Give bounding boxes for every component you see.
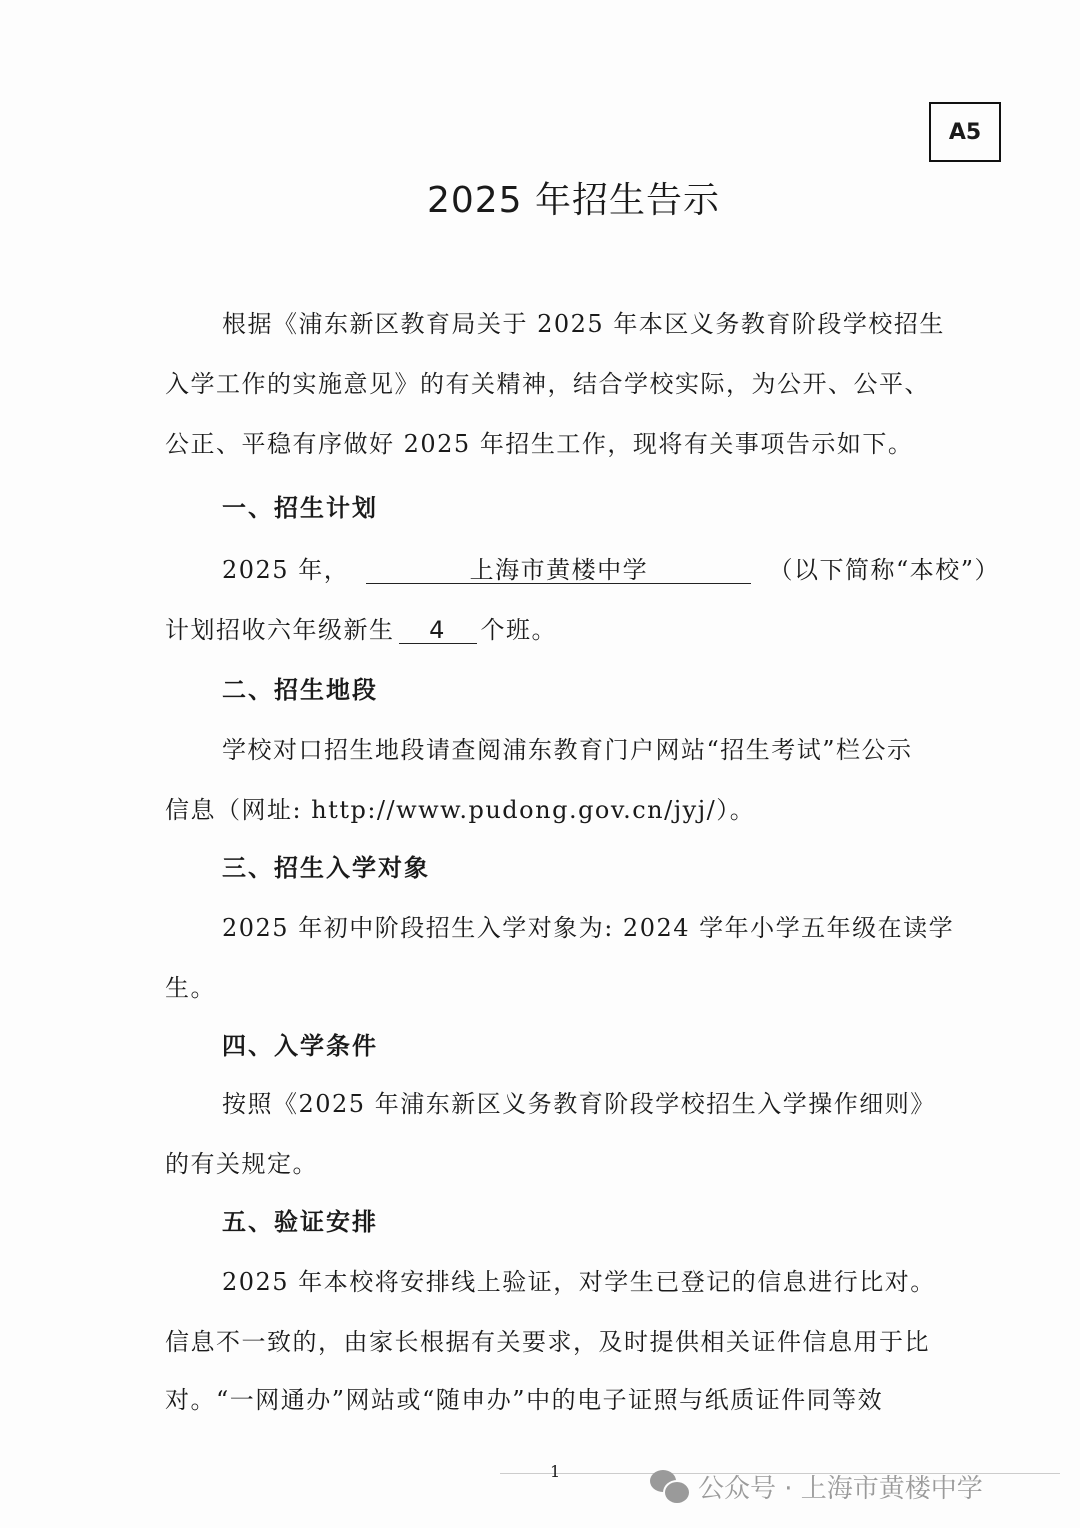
document-page: A5 2025 年招生告示 根据《浦东新区教育局关于 2025 年本区义务教育阶…: [0, 0, 1080, 1528]
zone-line: 学校对口招生地段请查阅浦东教育门户网站“招生考试”栏公示: [222, 730, 913, 765]
school-name-fill: 上海市黄楼中学: [366, 557, 751, 584]
section-heading-target: 三、招生入学对象: [222, 848, 430, 883]
page-number: 1: [550, 1462, 560, 1481]
class-count-fill: 4: [399, 617, 477, 644]
conditions-line: 的有关规定。: [165, 1144, 318, 1179]
watermark-text: 公众号 · 上海市黄楼中学: [698, 1468, 983, 1505]
verification-line: 信息不一致的，由家长根据有关要求，及时提供相关证件信息用于比: [165, 1322, 930, 1357]
target-line: 生。: [165, 968, 216, 1003]
section-heading-conditions: 四、入学条件: [222, 1026, 378, 1061]
document-code-badge: A5: [929, 102, 1001, 162]
plan-classes-text: 计划招收六年级新生: [165, 616, 395, 644]
zone-line-url: 信息（网址: http://www.pudong.gov.cn/jyj/）。: [165, 790, 755, 825]
intro-line: 入学工作的实施意见》的有关精神，结合学校实际，为公开、公平、: [165, 364, 930, 399]
conditions-line: 按照《2025 年浦东新区义务教育阶段学校招生入学操作细则》: [222, 1084, 936, 1119]
verification-line: 2025 年本校将安排线上验证，对学生已登记的信息进行比对。: [222, 1262, 936, 1297]
plan-year-text: 2025 年，: [222, 556, 349, 584]
section-heading-plan: 一、招生计划: [222, 488, 378, 523]
section-heading-zone: 二、招生地段: [222, 670, 378, 705]
intro-line: 公正、平稳有序做好 2025 年招生工作，现将有关事项告示如下。: [165, 424, 913, 459]
plan-line-1: 2025 年， 上海市黄楼中学 （以下简称“本校”）: [222, 550, 1000, 585]
section-heading-verification: 五、验证安排: [222, 1202, 378, 1237]
verification-line: 对。“一网通办”网站或“随申办”中的电子证照与纸质证件同等效: [165, 1380, 883, 1415]
plan-abbrev-text: （以下简称“本校”）: [769, 556, 1001, 584]
plan-line-2: 计划招收六年级新生4个班。: [165, 610, 557, 645]
plan-classes-suffix: 个班。: [481, 616, 558, 644]
watermark: 公众号 · 上海市黄楼中学: [650, 1468, 983, 1505]
wechat-icon: [650, 1470, 690, 1504]
intro-line: 根据《浦东新区教育局关于 2025 年本区义务教育阶段学校招生: [222, 304, 945, 339]
target-line: 2025 年初中阶段招生入学对象为: 2024 学年小学五年级在读学: [222, 908, 954, 943]
page-title: 2025 年招生告示: [0, 172, 1080, 223]
